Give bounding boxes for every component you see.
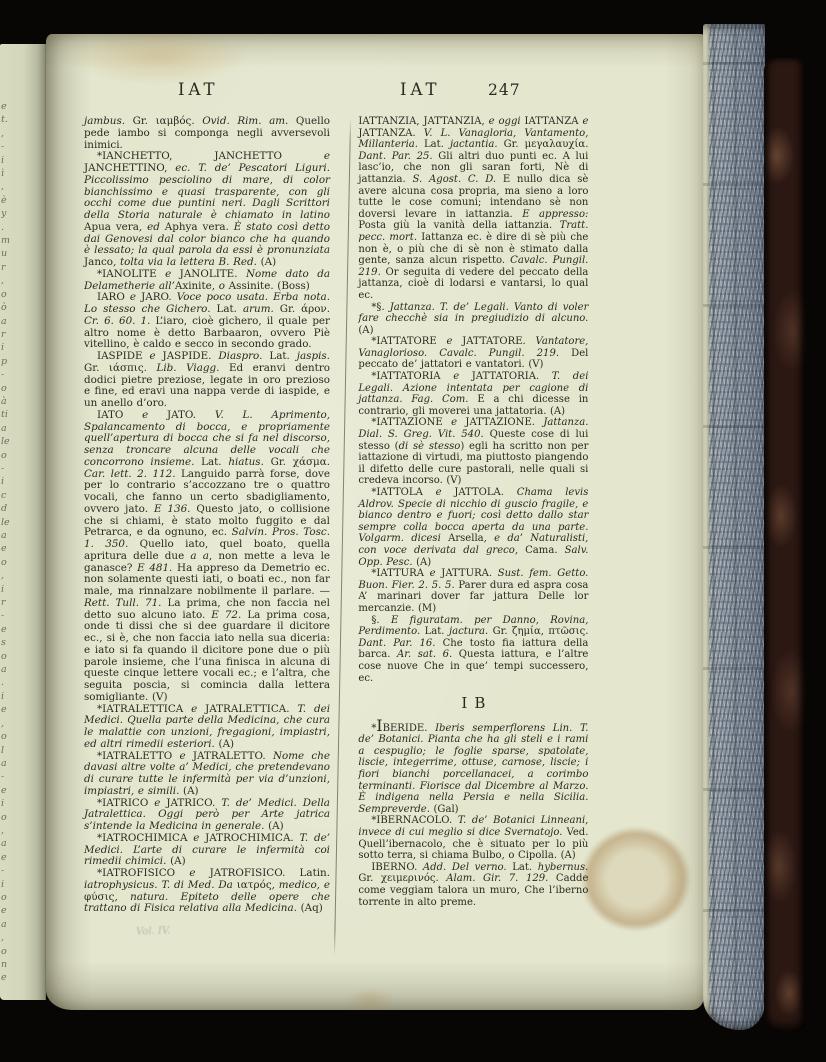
entry-iattazione: *IATTAZIONE e JATTAZIONE. Jattanza. Dial…: [358, 417, 588, 487]
entry-ianolite: *IANOLITE e JANOLITE. Nome dato da Delam…: [84, 269, 330, 293]
book-page: IAT IAT 247 jambus. Gr. ιαμβός. Ovid. Ri…: [46, 34, 704, 1010]
facing-page-edge: et.,-iì,èy.mur,oòarip-oàtialeo-icdleaeo,…: [0, 44, 46, 1000]
entry-iaspide: IASPIDE e JASPIDE. Diaspro. Lat. jaspis.…: [84, 351, 330, 410]
entry-iato: IATO e JATO. V. L. Aprimento, Spalancame…: [84, 410, 330, 704]
entry-iattura-figuratam: §. E figuratam. per Danno, Rovina, Perdi…: [358, 615, 588, 685]
entry-iberide: *IBERIDE. Iberis semperflorens Lin. T. d…: [358, 719, 588, 816]
column-divider-rule: [334, 118, 351, 956]
entry-iatrico: *IATRICO e JATRICO. T. de’ Medici. Della…: [84, 798, 330, 833]
facing-page-text-fragments: et.,-iì,èy.mur,oòarip-oàtialeo-icdleaeo,…: [1, 100, 15, 990]
entry-iberno: IBERNO. Add. Del verno. Lat. hybernus. G…: [358, 862, 588, 908]
entry-iattanza-legali: *§. Jattanza. T. de’ Legali. Vanto di vo…: [358, 302, 588, 337]
entry-ianchetto: *IANCHETTO, JANCHETTO e JANCHETTINO, ec.…: [84, 151, 330, 269]
running-title-right: IAT: [400, 80, 441, 99]
entry-iattatoria: *IATTATORIA e JATTATORIA. T. dei Legali.…: [358, 371, 588, 417]
entry-iatralettica: *IATRALETTICA e JATRALETTICA. T. dei Med…: [84, 704, 330, 751]
entry-iatrochimica: *IATROCHIMICA e JATROCHIMICA. T. de’ Med…: [84, 833, 330, 868]
entry-iattura: *IATTURA e JATTURA. Sust. fem. Getto. Bu…: [358, 568, 588, 614]
page-content-area: IAT IAT 247 jambus. Gr. ιαμβός. Ovid. Ri…: [46, 34, 704, 1010]
entry-iatraletto: *IATRALETTO e JATRALETTO. Nome che davas…: [84, 751, 330, 798]
text-columns: jambus. Gr. ιαμβός. Ovid. Rim. am. Quell…: [84, 116, 704, 956]
section-heading-ib: IB: [358, 698, 588, 710]
entry-iattanzia: IATTANZIA, JATTANZIA, e oggi IATTANZA e …: [358, 116, 588, 302]
entry-iattatore: *IATTATORE e JATTATORE. Vantatore, Vanag…: [358, 336, 588, 371]
book-cover-board: [764, 58, 806, 1032]
book-photo-background: et.,-iì,èy.mur,oòarip-oàtialeo-icdleaeo,…: [0, 0, 826, 1062]
entry-iattola: *IATTOLA e JATTOLA. Chama levis Aldrov. …: [358, 487, 588, 568]
entry-jambus-continuation: jambus. Gr. ιαμβός. Ovid. Rim. am. Quell…: [84, 116, 330, 151]
page-header: IAT IAT 247: [84, 80, 704, 110]
entry-iaro: IARO e JARO. Voce poco usata. Erba nota.…: [84, 292, 330, 351]
signature-mark: Vol. IV.: [136, 925, 171, 937]
right-column: IATTANZIA, JATTANZIA, e oggi IATTANZA e …: [358, 116, 588, 956]
page-number: 247: [488, 81, 521, 99]
entry-iatrofisico: *IATROFISICO e JATROFISICO. Latin. iatro…: [84, 868, 330, 915]
left-column: jambus. Gr. ιαμβός. Ovid. Rim. am. Quell…: [84, 116, 330, 956]
book-fore-edge: [703, 24, 765, 1030]
running-title-left: IAT: [178, 80, 219, 99]
entry-ibernacolo: *IBERNACOLO. T. de’ Botanici Linneani, i…: [358, 815, 588, 861]
